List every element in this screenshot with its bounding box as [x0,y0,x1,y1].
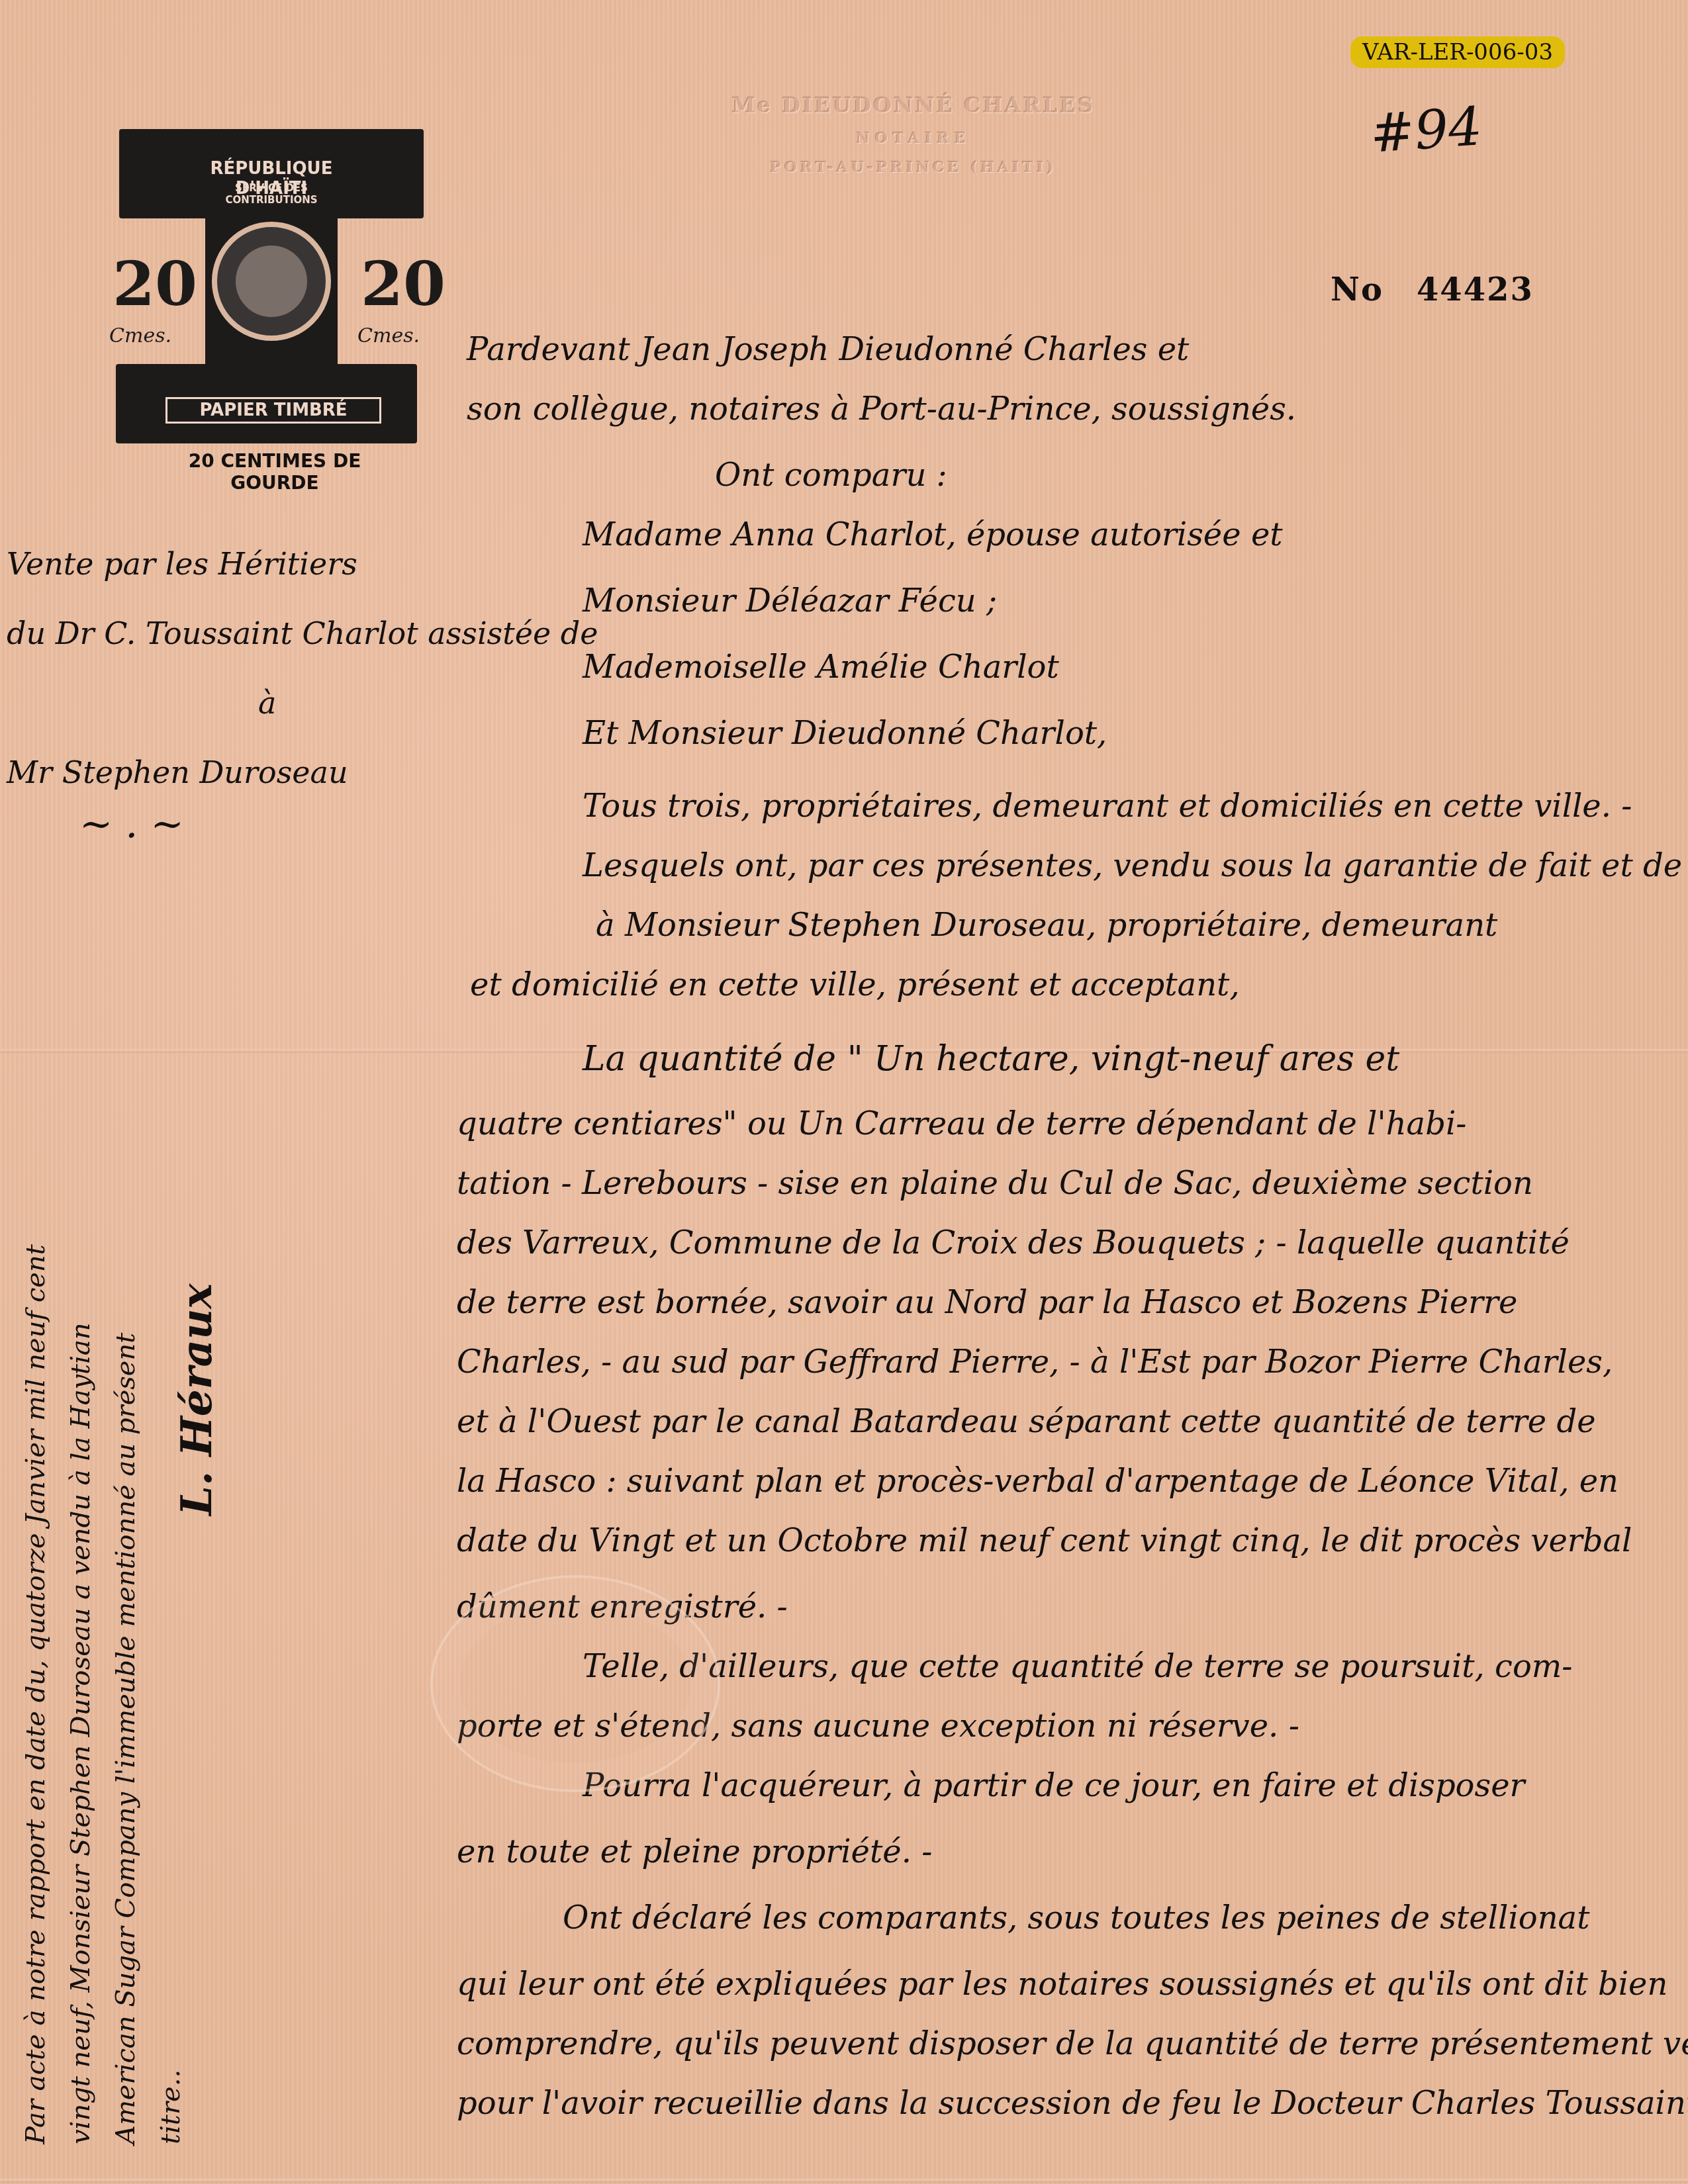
deed-line: Lesquels ont, par ces présentes, vendu s… [583,847,1688,884]
letterhead-name: Me DIEUDONNÉ CHARLES [649,93,1178,118]
vertical-note-line: Par acte à notre rapport en date du, qua… [13,1019,58,2144]
deed-line: des Varreux, Commune de la Croix des Bou… [457,1224,1570,1261]
deed-line: Tous trois, propriétaires, demeurant et … [583,788,1632,825]
deed-line: Ont comparu : [715,457,947,494]
deed-line: de terre est bornée, savoir au Nord par … [457,1284,1517,1321]
deed-line: comprendre, qu'ils peuvent disposer de l… [457,2025,1688,2062]
vertical-note-line: titre.. [148,1019,193,2144]
deed-line: à Monsieur Stephen Duroseau, propriétair… [596,907,1497,944]
deed-line: date du Vingt et un Octobre mil neuf cen… [457,1522,1632,1559]
deed-line: tation - Lerebours - sise en plaine du C… [457,1165,1533,1202]
stamp-denomination: 20 CENTIMES DE GOURDE [156,450,394,494]
stamp-service: SERVICE DES CONTRIBUTIONS [192,182,351,206]
deed-line: Madame Anna Charlot, épouse autorisée et [583,516,1283,553]
deed-line: Et Monsieur Dieudonné Charlot, [583,715,1107,752]
vertical-note-line: vingt neuf, Monsieur Stephen Duroseau a … [58,1019,103,2144]
deed-line: pour l'avoir recueillie dans la successi… [457,2085,1688,2122]
acte-number-value: 44423 [1417,271,1534,308]
deed-line: Monsieur Déléazar Fécu ; [583,582,997,619]
deed-line: Pourra l'acquéreur, à partir de ce jour,… [583,1767,1525,1804]
letterhead-city: PORT-AU-PRINCE (HAITI) [649,159,1178,176]
revenue-stamp: RÉPUBLIQUE D'HAÏTI SERVICE DES CONTRIBUT… [119,99,450,496]
stamp-banner: PAPIER TIMBRÉ [165,397,381,424]
letterhead-title: NOTAIRE [649,130,1178,147]
document-id-badge: VAR-LER-006-03 [1350,36,1565,68]
stamp-unit-left: Cmes. [109,324,171,347]
folio-mark: #94 [1368,95,1484,165]
deed-line: son collègue, notaires à Port-au-Prince,… [467,390,1296,428]
margin-note-line: Vente par les Héritiers [7,529,536,599]
flourish: ~ . ~ [79,801,184,847]
stamp-unit-right: Cmes. [357,324,420,347]
deed-line: Ont déclaré les comparants, sous toutes … [563,1899,1589,1936]
coat-of-arms-icon [212,222,331,341]
deed-line: la Hasco : suivant plan et procès-verbal… [457,1463,1618,1500]
margin-note-line: du Dr C. Toussaint Charlot assistée de [7,599,536,668]
vertical-margin-note: Par acte à notre rapport en date du, qua… [13,1019,193,2144]
stamp-value-left: 20 [113,248,197,320]
deed-line: Telle, d'ailleurs, que cette quantité de… [583,1648,1573,1685]
deed-line: et domicilié en cette ville, présent et … [470,966,1240,1003]
paper-fold-bottom [0,2179,1688,2183]
margin-note-line: à [7,668,536,738]
deed-line: La quantité de " Un hectare, vingt-neuf … [583,1039,1399,1079]
acte-number: No44423 [1331,271,1534,308]
deed-line: quatre centiares" ou Un Carreau de terre… [457,1105,1466,1142]
acte-number-prefix: No [1331,271,1383,308]
stamp-value-right: 20 [361,248,445,320]
margin-note: Vente par les Héritiers du Dr C. Toussai… [7,529,536,807]
deed-line: en toute et pleine propriété. - [457,1833,932,1870]
deed-line: Pardevant Jean Joseph Dieudonné Charles … [467,331,1189,368]
letterhead: Me DIEUDONNÉ CHARLES NOTAIRE PORT-AU-PRI… [649,93,1178,176]
deed-line: Mademoiselle Amélie Charlot [583,649,1059,686]
deed-line: qui leur ont été expliquées par les nota… [457,1966,1667,2003]
deed-line: et à l'Ouest par le canal Batardeau sépa… [457,1403,1596,1440]
notary-signature: L. Héraux [172,1283,222,1516]
embossed-seal [430,1575,720,1792]
margin-note-line: Mr Stephen Duroseau [7,738,536,807]
vertical-note-line: American Sugar Company l'immeuble mentio… [103,1019,148,2144]
deed-line: Charles, - au sud par Geffrard Pierre, -… [457,1343,1613,1381]
